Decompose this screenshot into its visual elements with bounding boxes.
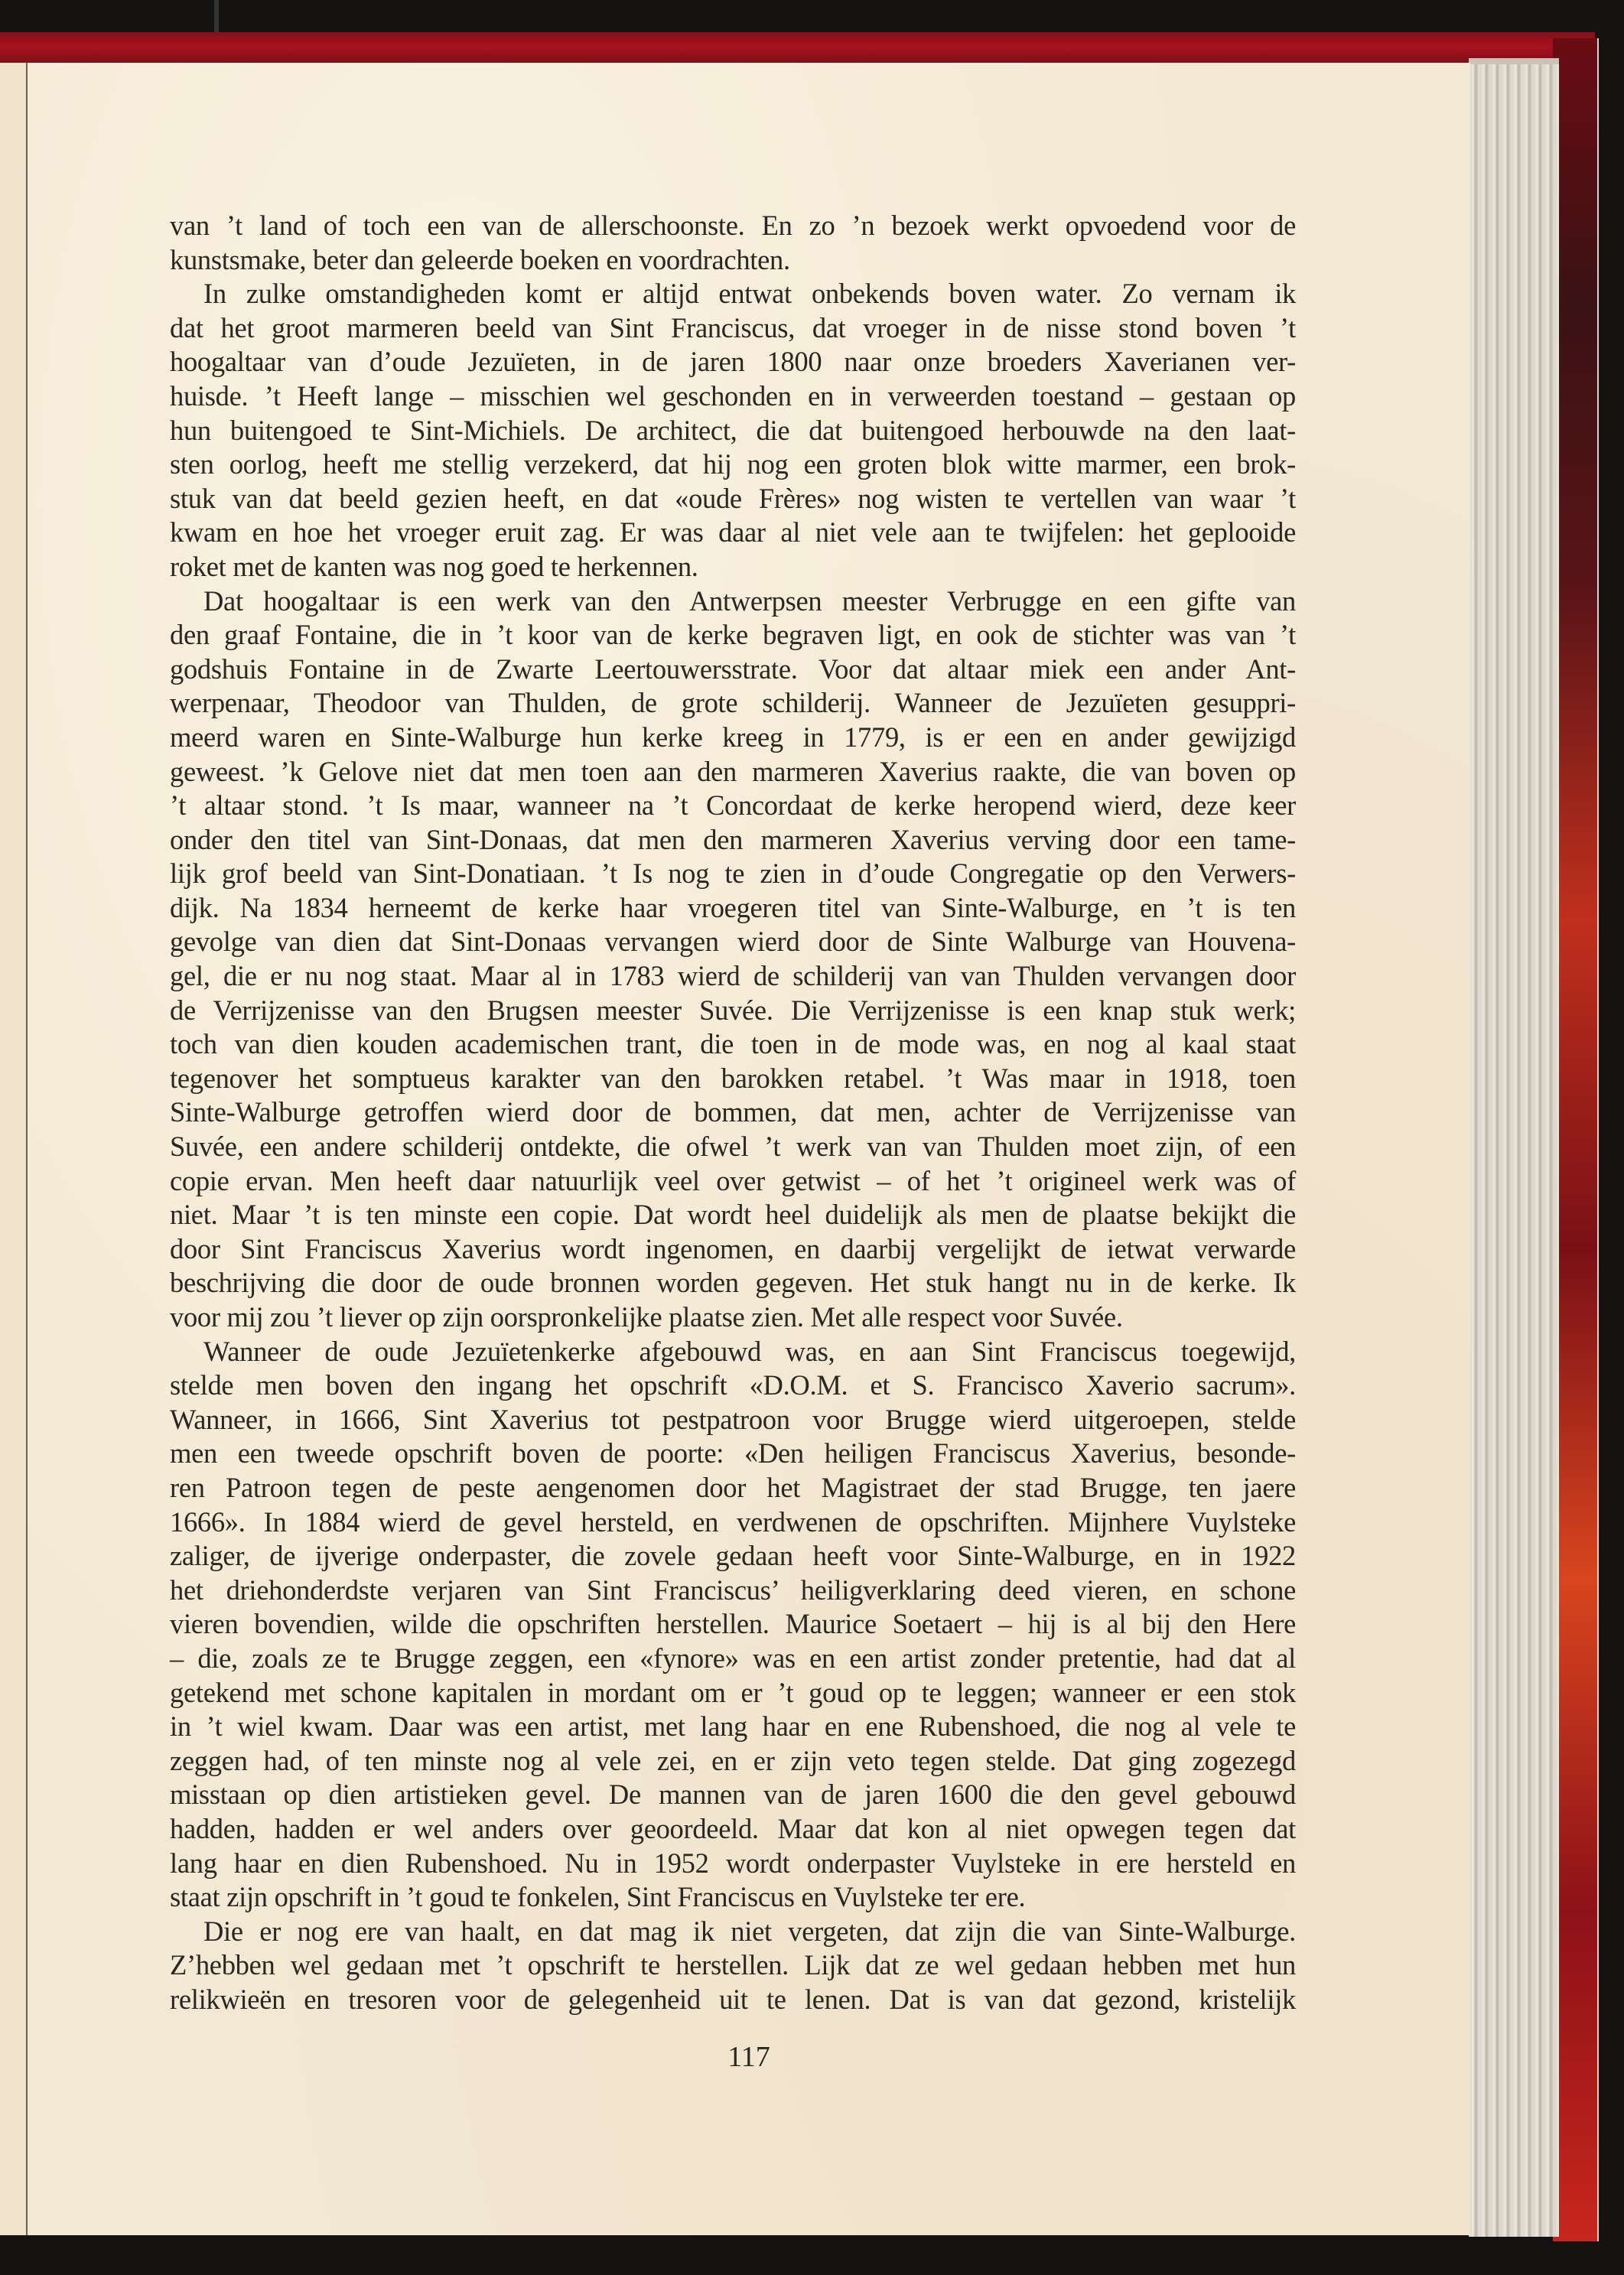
- book-page: van ’t land of toch een van de allerscho…: [28, 63, 1470, 2235]
- book-cover-right-edge: [1553, 38, 1599, 2241]
- text-line: Z’hebben wel gedaan met ’t opschrift te …: [170, 1948, 1296, 1983]
- text-line: kunstsmake, beter dan geleerde boeken en…: [170, 243, 1296, 278]
- text-line: ’t altaar stond. ’t Is maar, wanneer na …: [170, 789, 1296, 823]
- text-line: sten oorlog, heeft me stellig verzekerd,…: [170, 448, 1296, 482]
- text-line: dijk. Na 1834 herneemt de kerke haar vro…: [170, 891, 1296, 926]
- book-cover-top-edge: [0, 32, 1595, 63]
- text-line: Wanneer de oude Jezuïetenkerke afgebouwd…: [170, 1335, 1296, 1369]
- text-line: geweest. ’k Gelove niet dat men toen aan…: [170, 755, 1296, 789]
- text-line: relikwieën en tresoren voor de gelegenhe…: [170, 1983, 1296, 2017]
- text-line: onder den titel van Sint-Donaas, dat men…: [170, 823, 1296, 858]
- text-line: roket met de kanten was nog goed te herk…: [170, 550, 1296, 584]
- text-line: men een tweede opschrift boven de poorte…: [170, 1437, 1296, 1471]
- paragraph: van ’t land of toch een van de allerscho…: [170, 209, 1296, 277]
- text-line: de Verrijzenisse van den Brugsen meester…: [170, 994, 1296, 1028]
- text-line: van ’t land of toch een van de allerscho…: [170, 209, 1296, 243]
- text-line: hun buitengoed te Sint-Michiels. De arch…: [170, 414, 1296, 448]
- text-line: Dat hoogaltaar is een werk van den Antwe…: [170, 584, 1296, 619]
- text-line: – die, zoals ze te Brugge zeggen, een «f…: [170, 1642, 1296, 1676]
- text-line: meerd waren en Sinte-Walburge hun kerke …: [170, 721, 1296, 755]
- text-line: Sinte-Walburge getroffen wierd door de b…: [170, 1095, 1296, 1130]
- text-line: den graaf Fontaine, die in ’t koor van d…: [170, 618, 1296, 653]
- text-line: godshuis Fontaine in de Zwarte Leertouwe…: [170, 653, 1296, 687]
- text-line: lang haar en dien Rubenshoed. Nu in 1952…: [170, 1847, 1296, 1881]
- paragraph: Dat hoogaltaar is een werk van den Antwe…: [170, 584, 1296, 1335]
- text-line: zeggen had, of ten minste nog al vele ze…: [170, 1744, 1296, 1779]
- text-line: gel, die er nu nog staat. Maar al in 178…: [170, 959, 1296, 994]
- text-line: niet. Maar ’t is ten minste een copie. D…: [170, 1198, 1296, 1232]
- page-number: 117: [28, 2040, 1470, 2074]
- text-line: Wanneer, in 1666, Sint Xaverius tot pest…: [170, 1403, 1296, 1437]
- text-line: stelde men boven den ingang het opschrif…: [170, 1369, 1296, 1403]
- text-line: het driehonderdste verjaren van Sint Fra…: [170, 1574, 1296, 1608]
- text-line: 1666». In 1884 wierd de gevel hersteld, …: [170, 1505, 1296, 1540]
- text-line: staat zijn opschrift in ’t goud te fonke…: [170, 1880, 1296, 1915]
- text-line: voor mij zou ’t liever op zijn oorspronk…: [170, 1300, 1296, 1335]
- previous-page-edge: [0, 63, 28, 2235]
- body-text: van ’t land of toch een van de allerscho…: [170, 209, 1296, 2016]
- text-line: beschrijving die door de oude bronnen wo…: [170, 1266, 1296, 1300]
- text-line: In zulke omstandigheden komt er altijd e…: [170, 277, 1296, 311]
- text-line: ren Patroon tegen de peste aengenomen do…: [170, 1471, 1296, 1505]
- text-line: zaliger, de ijverige onderpaster, die zo…: [170, 1539, 1296, 1574]
- text-line: vieren bovendien, wilde die opschriften …: [170, 1607, 1296, 1642]
- text-line: hoogaltaar van d’oude Jezuïeten, in de j…: [170, 345, 1296, 379]
- text-line: Suvée, een andere schilderij ontdekte, d…: [170, 1130, 1296, 1164]
- text-line: huisde. ’t Heeft lange – misschien wel g…: [170, 379, 1296, 414]
- text-line: lijk grof beeld van Sint-Donatiaan. ’t I…: [170, 857, 1296, 891]
- text-line: copie ervan. Men heeft daar natuurlijk v…: [170, 1164, 1296, 1199]
- text-line: stuk van dat beeld gezien heeft, en dat …: [170, 482, 1296, 516]
- text-line: getekend met schone kapitalen in mordant…: [170, 1676, 1296, 1710]
- text-line: tegenover het somptueus karakter van den…: [170, 1062, 1296, 1096]
- text-line: dat het groot marmeren beeld van Sint Fr…: [170, 311, 1296, 346]
- text-line: kwam en hoe het vroeger eruit zag. Er wa…: [170, 516, 1296, 550]
- paragraph: Die er nog ere van haalt, en dat mag ik …: [170, 1915, 1296, 2017]
- text-line: Die er nog ere van haalt, en dat mag ik …: [170, 1915, 1296, 1949]
- text-line: in ’t wiel kwam. Daar was een artist, me…: [170, 1710, 1296, 1744]
- paragraph: Wanneer de oude Jezuïetenkerke afgebouwd…: [170, 1335, 1296, 1915]
- page-edges: [1469, 58, 1559, 2237]
- text-line: toch van dien kouden academischen trant,…: [170, 1027, 1296, 1062]
- paragraph: In zulke omstandigheden komt er altijd e…: [170, 277, 1296, 584]
- text-line: misstaan op dien artistieken gevel. De m…: [170, 1778, 1296, 1812]
- text-line: hadden, hadden er wel anders over geoord…: [170, 1812, 1296, 1847]
- text-line: werpenaar, Theodoor van Thulden, de grot…: [170, 686, 1296, 721]
- text-line: door Sint Franciscus Xaverius wordt inge…: [170, 1232, 1296, 1267]
- text-line: gevolge van dien dat Sint-Donaas vervang…: [170, 925, 1296, 959]
